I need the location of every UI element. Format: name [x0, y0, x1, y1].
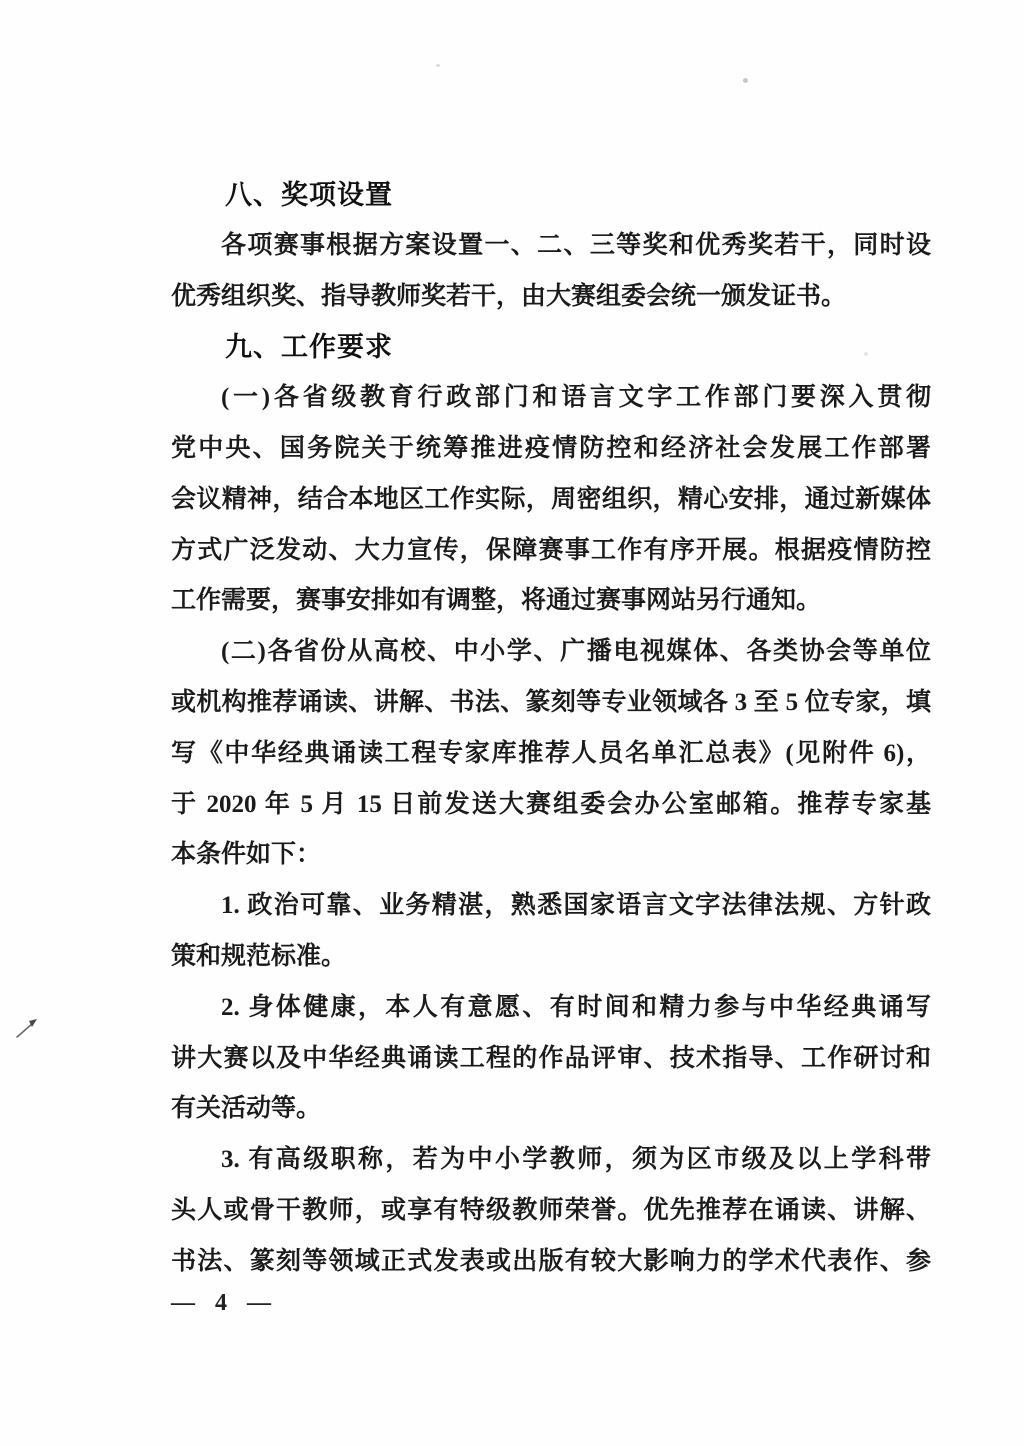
text-line: 头人或骨干教师，或享有特级教师荣誉。优先推荐在诵读、讲解、 [171, 1186, 931, 1237]
text-line: 优秀组织奖、指导教师奖若干，由大赛组委会统一颁发证书。 [171, 272, 931, 323]
text-line: 各项赛事根据方案设置一、二、三等奖和优秀奖若干，同时设 [171, 221, 931, 272]
text-line: 党中央、国务院关于统筹推进疫情防控和经济社会发展工作部署 [171, 424, 931, 475]
text-line: 有关活动等。 [171, 1084, 931, 1135]
document-page: 八、奖项设置各项赛事根据方案设置一、二、三等奖和优秀奖若干，同时设优秀组织奖、指… [0, 0, 1024, 1446]
text-line: 写《中华经典诵读工程专家库推荐人员名单汇总表》(见附件 6)， [171, 729, 931, 780]
scan-speck [436, 64, 440, 67]
scan-speck [743, 78, 748, 83]
scan-speck [864, 352, 868, 356]
section-heading: 八、奖项设置 [171, 170, 931, 221]
text-line: 策和规范标准。 [171, 932, 931, 983]
document-body: 八、奖项设置各项赛事根据方案设置一、二、三等奖和优秀奖若干，同时设优秀组织奖、指… [171, 170, 931, 1288]
text-line: 3. 有高级职称，若为中小学教师，须为区市级及以上学科带 [171, 1135, 931, 1186]
text-line: 于 2020 年 5 月 15 日前发送大赛组委会办公室邮箱。推荐专家基 [171, 780, 931, 831]
pen-mark-artifact [14, 1016, 40, 1042]
text-line: (一)各省级教育行政部门和语言文字工作部门要深入贯彻 [171, 373, 931, 424]
text-line: (二)各省份从高校、中小学、广播电视媒体、各类协会等单位 [171, 627, 931, 678]
section-heading: 九、工作要求 [171, 322, 931, 373]
text-line: 或机构推荐诵读、讲解、书法、篆刻等专业领域各 3 至 5 位专家，填 [171, 678, 931, 729]
text-line: 讲大赛以及中华经典诵读工程的作品评审、技术指导、工作研讨和 [171, 1034, 931, 1085]
page-number: — 4 — [171, 1288, 278, 1318]
text-line: 书法、篆刻等领域正式发表或出版有较大影响力的学术代表作、参 [171, 1237, 931, 1288]
text-line: 方式广泛发动、大力宣传，保障赛事工作有序开展。根据疫情防控 [171, 526, 931, 577]
text-line: 本条件如下： [171, 830, 931, 881]
text-line: 2. 身体健康，本人有意愿、有时间和精力参与中华经典诵写 [171, 983, 931, 1034]
text-line: 会议精神，结合本地区工作实际，周密组织，精心安排，通过新媒体 [171, 475, 931, 526]
text-line: 1. 政治可靠、业务精湛，熟悉国家语言文字法律法规、方针政 [171, 881, 931, 932]
text-line: 工作需要，赛事安排如有调整，将通过赛事网站另行通知。 [171, 576, 931, 627]
